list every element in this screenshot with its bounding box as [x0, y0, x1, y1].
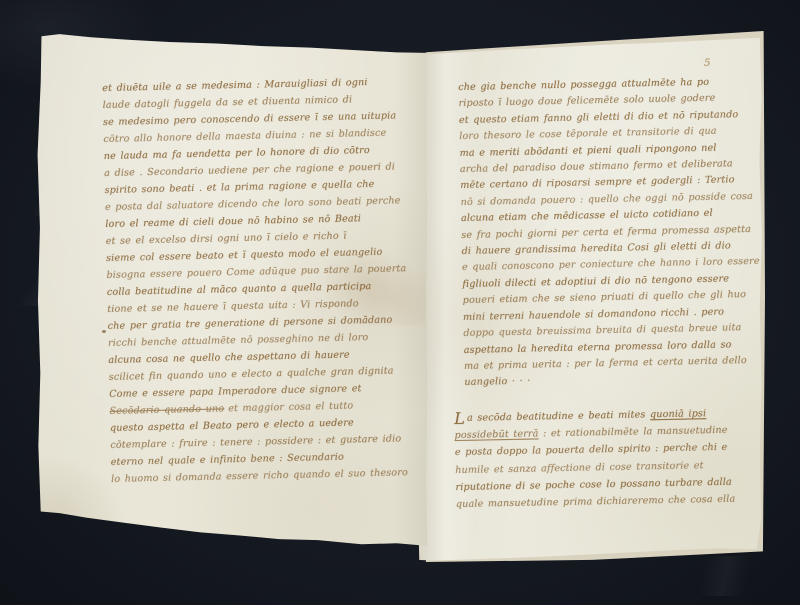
photo-mount-background: 5 che gia benche nullo possegga attualmē… — [0, 0, 800, 605]
text-span: et maggior cosa el tutto — [228, 400, 353, 414]
text-span: a secōda beatitudine e beati mites — [467, 409, 650, 424]
background-scratch — [650, 556, 800, 596]
ink-blot — [102, 330, 106, 333]
folio-number: 5 — [704, 58, 711, 69]
paragraph-initial: L — [454, 409, 465, 428]
right-page-paragraph-2: La secōda beatitudine e beati mites quon… — [454, 405, 741, 514]
underlined-latin-quote: quoniā ipsi — [650, 408, 706, 420]
underlined-latin-quote: possidebūt terrā — [454, 429, 538, 442]
left-page-text: et diuēta uile a se medesima : Marauigli… — [102, 74, 396, 488]
right-page-paragraph-1: che gia benche nullo possegga attualmēte… — [458, 74, 744, 392]
struck-text: Secōdario quando uno — [109, 403, 224, 417]
manuscript-page-right: 5 che gia benche nullo possegga attualmē… — [414, 34, 764, 561]
text-span: : et rationabilmēte la mansuetudine — [538, 425, 727, 440]
manuscript-page-left: et diuēta uile a se medesima : Marauigli… — [36, 30, 428, 550]
